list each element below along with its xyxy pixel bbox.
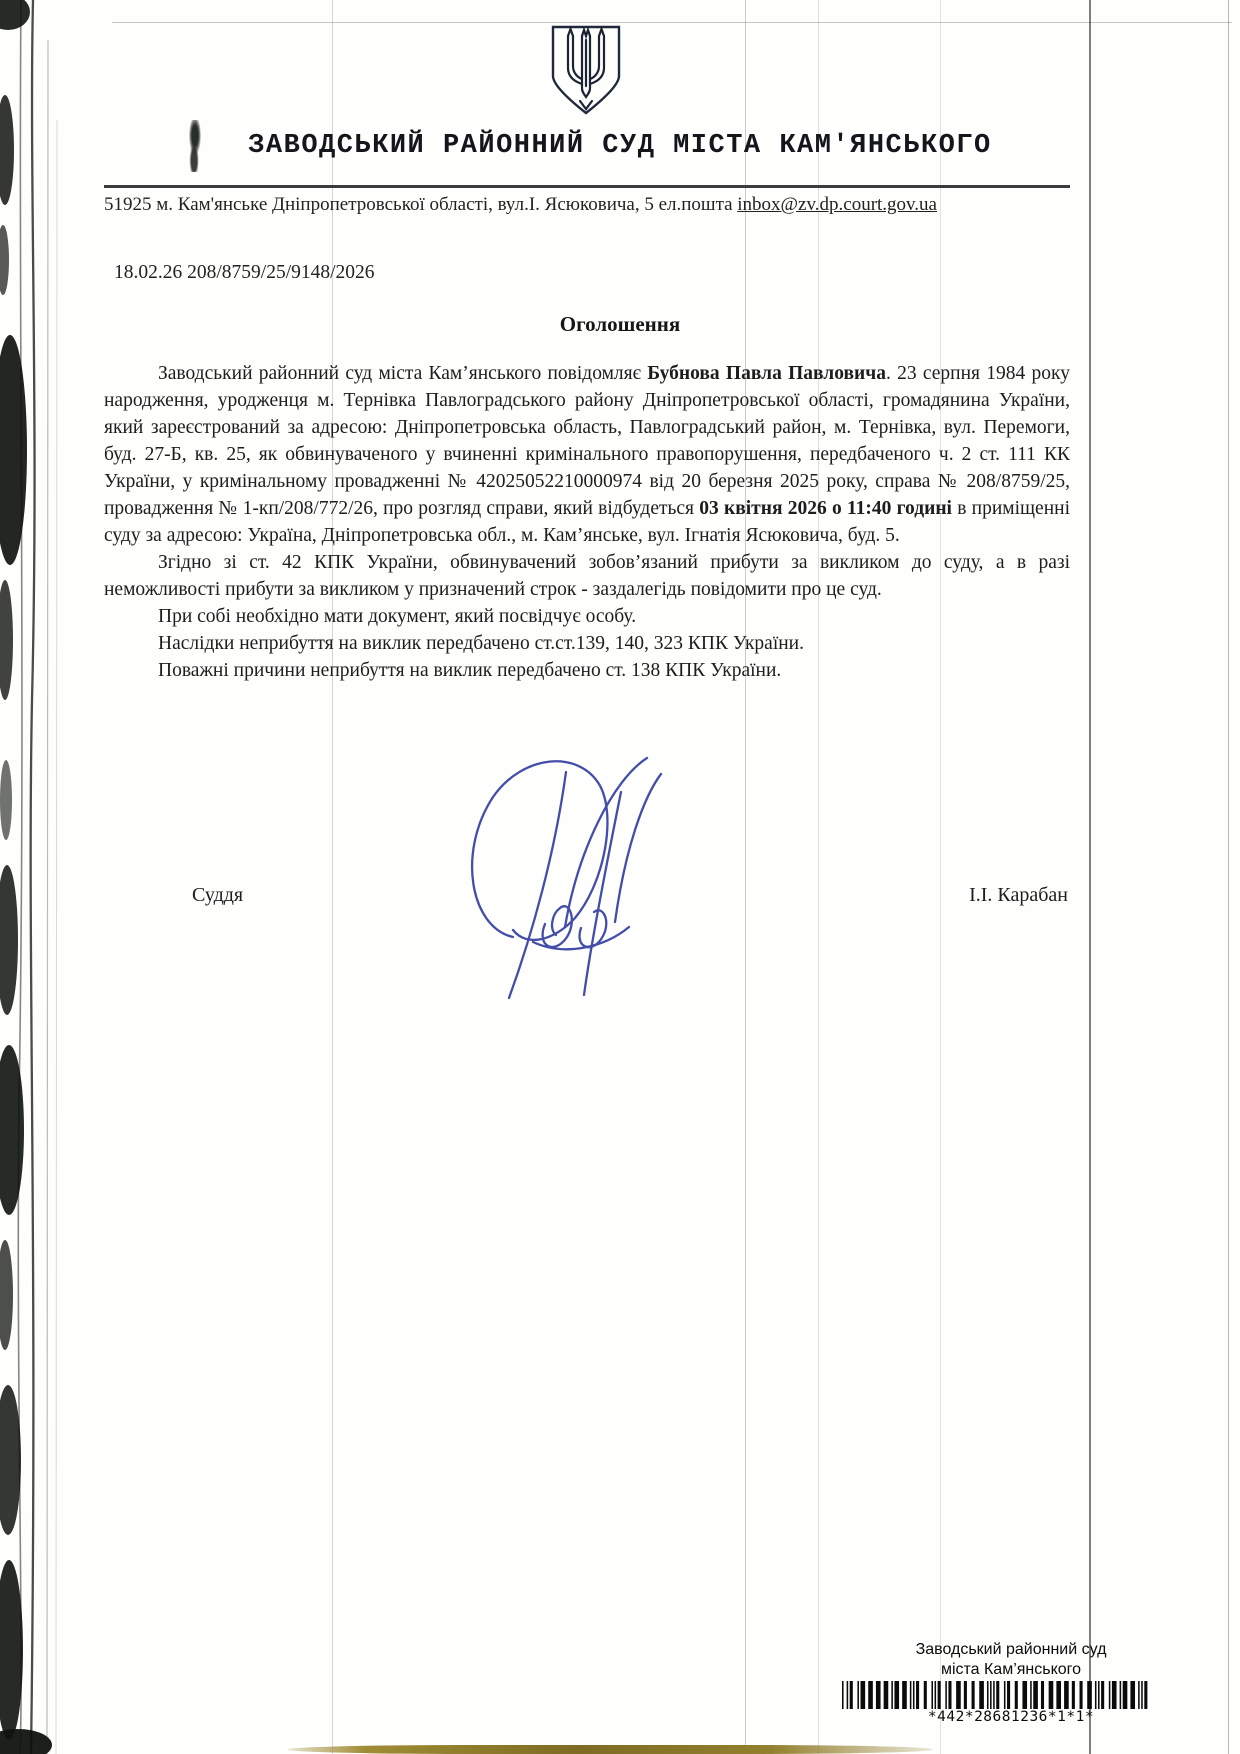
court-name-header: ЗАВОДСЬКИЙ РАЙОННИЙ СУД МІСТА КАМ'ЯНСЬКО… (0, 131, 1240, 161)
court-email: inbox@zv.dp.court.gov.ua (737, 194, 937, 215)
paragraph-consequences: Наслідки неприбуття на виклик передбачен… (104, 630, 1070, 657)
judge-role-label: Суддя (192, 884, 243, 907)
scanned-court-document-page: ЗАВОДСЬКИЙ РАЙОННИЙ СУД МІСТА КАМ'ЯНСЬКО… (0, 0, 1240, 1754)
barcode-value: *442*28681236*1*1* (866, 1709, 1156, 1725)
announcement-body: Заводський районний суд міста Кам’янсько… (104, 360, 1070, 684)
paragraph-valid-reasons: Поважні причини неприбуття на виклик пер… (104, 657, 1070, 684)
scan-artifact-bottom-strip (288, 1745, 933, 1754)
scan-line-vertical (940, 0, 941, 1754)
registration-stamp: Заводський районний суд міста Кам’янсько… (838, 1640, 1156, 1725)
accused-name: Бубнова Павла Павловича (647, 363, 886, 384)
scan-line-vertical (745, 0, 746, 1754)
case-reference-line: 18.02.26 208/8759/25/9148/2026 (114, 262, 375, 284)
stamp-court-line1: Заводський районний суд (866, 1640, 1156, 1660)
paragraph-id-document: При собі необхідно мати документ, який п… (104, 603, 1070, 630)
barcode (842, 1681, 1152, 1709)
scan-line-vertical (818, 0, 819, 1754)
scan-line-vertical (1228, 0, 1229, 1754)
scan-artifact-left-edge (0, 0, 64, 1754)
scan-line-horizontal (112, 22, 1232, 23)
paragraph-main: Заводський районний суд міста Кам’янсько… (104, 360, 1070, 549)
judge-name: І.І. Карабан (969, 884, 1068, 907)
document-title: Оголошення (0, 312, 1240, 337)
scan-line-vertical (1089, 0, 1091, 1754)
header-divider (104, 185, 1070, 188)
paragraph-obligation: Згідно зі ст. 42 КПК України, обвинуваче… (104, 549, 1070, 603)
stamp-court-line2: міста Кам’янського (866, 1660, 1156, 1680)
ukraine-trident-emblem (546, 24, 626, 118)
judge-signature-ink (415, 732, 680, 1007)
court-address-line: 51925 м. Кам'янське Дніпропетровської об… (104, 194, 1144, 216)
hearing-datetime: 03 квітня 2026 о 11:40 годині (699, 498, 952, 519)
address-text: 51925 м. Кам'янське Дніпропетровської об… (104, 194, 737, 215)
